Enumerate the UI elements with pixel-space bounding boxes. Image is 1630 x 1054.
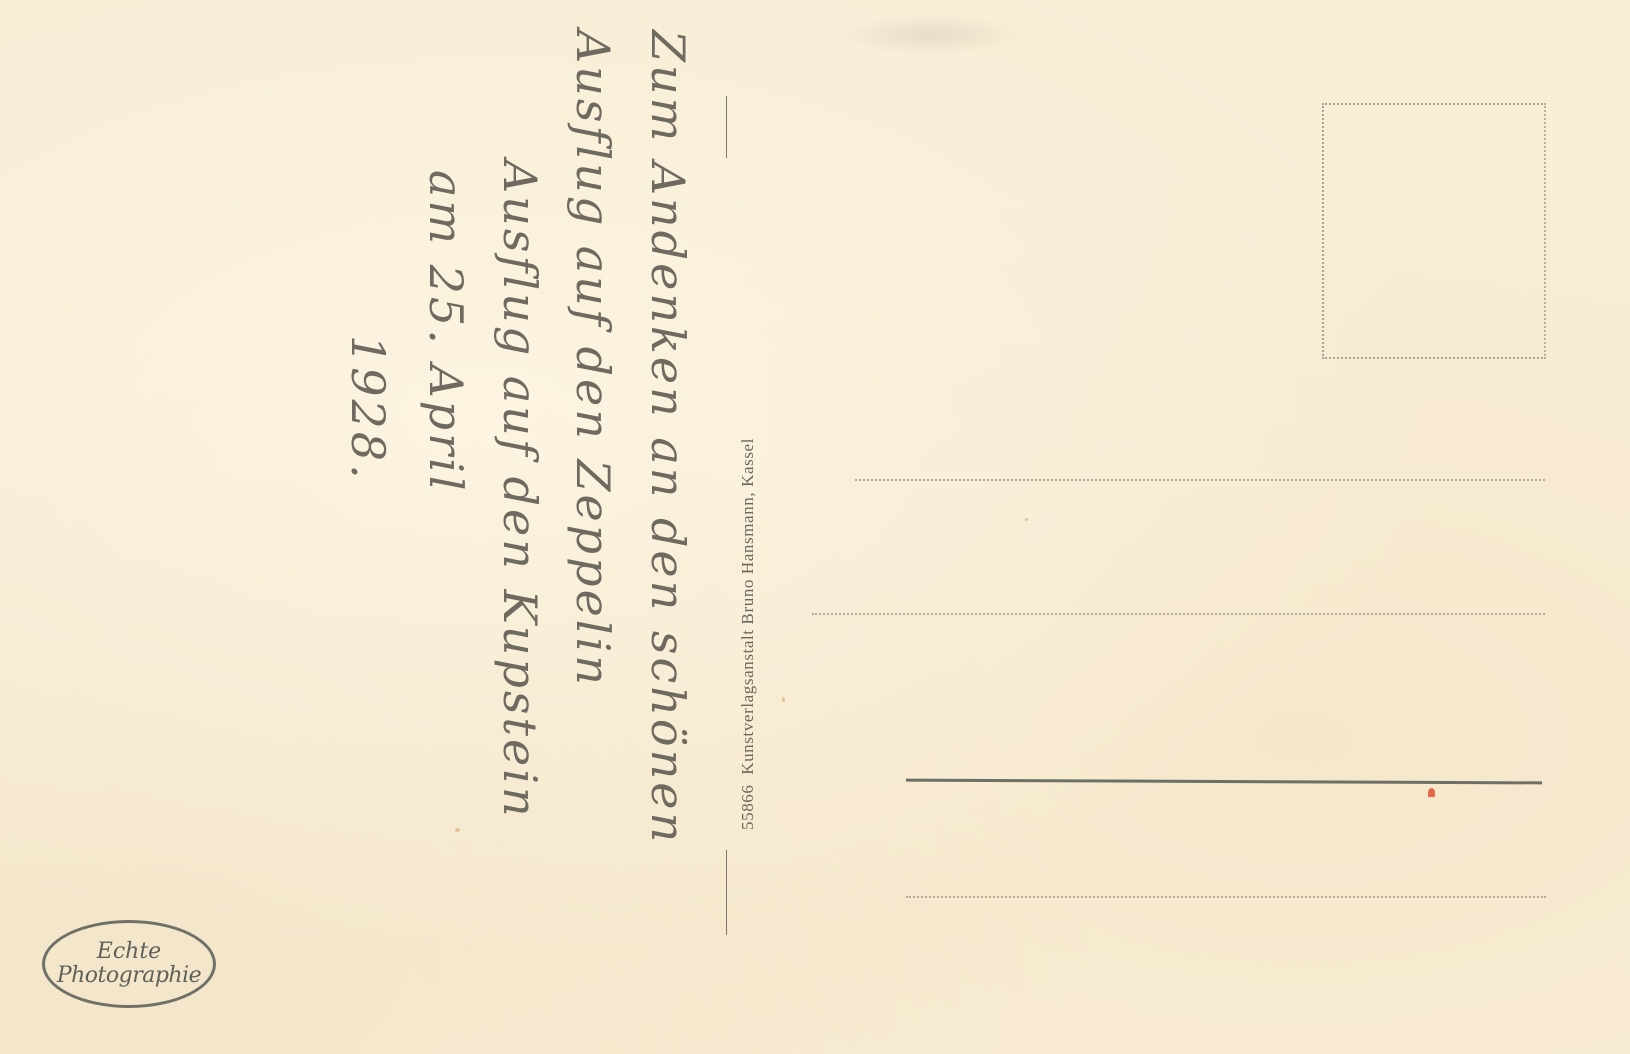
red-ink-mark bbox=[1428, 788, 1435, 797]
imprint-text: Kunstverlagsanstalt Bruno Hansmann, Kass… bbox=[738, 438, 757, 775]
stamp-box bbox=[1322, 103, 1546, 359]
stamp-line-2: Photographie bbox=[57, 965, 201, 987]
address-line-1 bbox=[855, 479, 1545, 481]
message-line-1: Zum Andenken an den schönen bbox=[641, 30, 695, 845]
message-line-5: 1928. bbox=[341, 335, 395, 482]
echte-photographie-stamp: Echte Photographie bbox=[42, 920, 216, 1008]
address-line-3 bbox=[906, 779, 1542, 785]
center-divider-bottom bbox=[726, 850, 727, 935]
postcard-back: Zum Andenken an den schönen Ausflug auf … bbox=[0, 0, 1630, 1054]
center-divider-top bbox=[726, 96, 727, 158]
paper-smudge bbox=[840, 15, 1020, 55]
paper-speck bbox=[1025, 518, 1028, 521]
paper-speck bbox=[782, 697, 785, 702]
message-line-4: am 25. April bbox=[419, 170, 473, 494]
imprint-number: 55866 bbox=[738, 785, 757, 831]
address-line-2 bbox=[812, 613, 1545, 615]
handwritten-message: Zum Andenken an den schönen Ausflug auf … bbox=[285, 30, 705, 990]
address-line-4 bbox=[906, 896, 1546, 898]
publisher-imprint: 55866 Kunstverlagsanstalt Bruno Hansmann… bbox=[738, 438, 758, 830]
message-line-2: Ausflug auf den Zeppelin bbox=[566, 30, 620, 688]
stamp-line-1: Echte bbox=[97, 941, 161, 963]
message-line-3: Ausflug auf den Kupstein bbox=[493, 160, 547, 820]
paper-speck bbox=[455, 828, 460, 832]
